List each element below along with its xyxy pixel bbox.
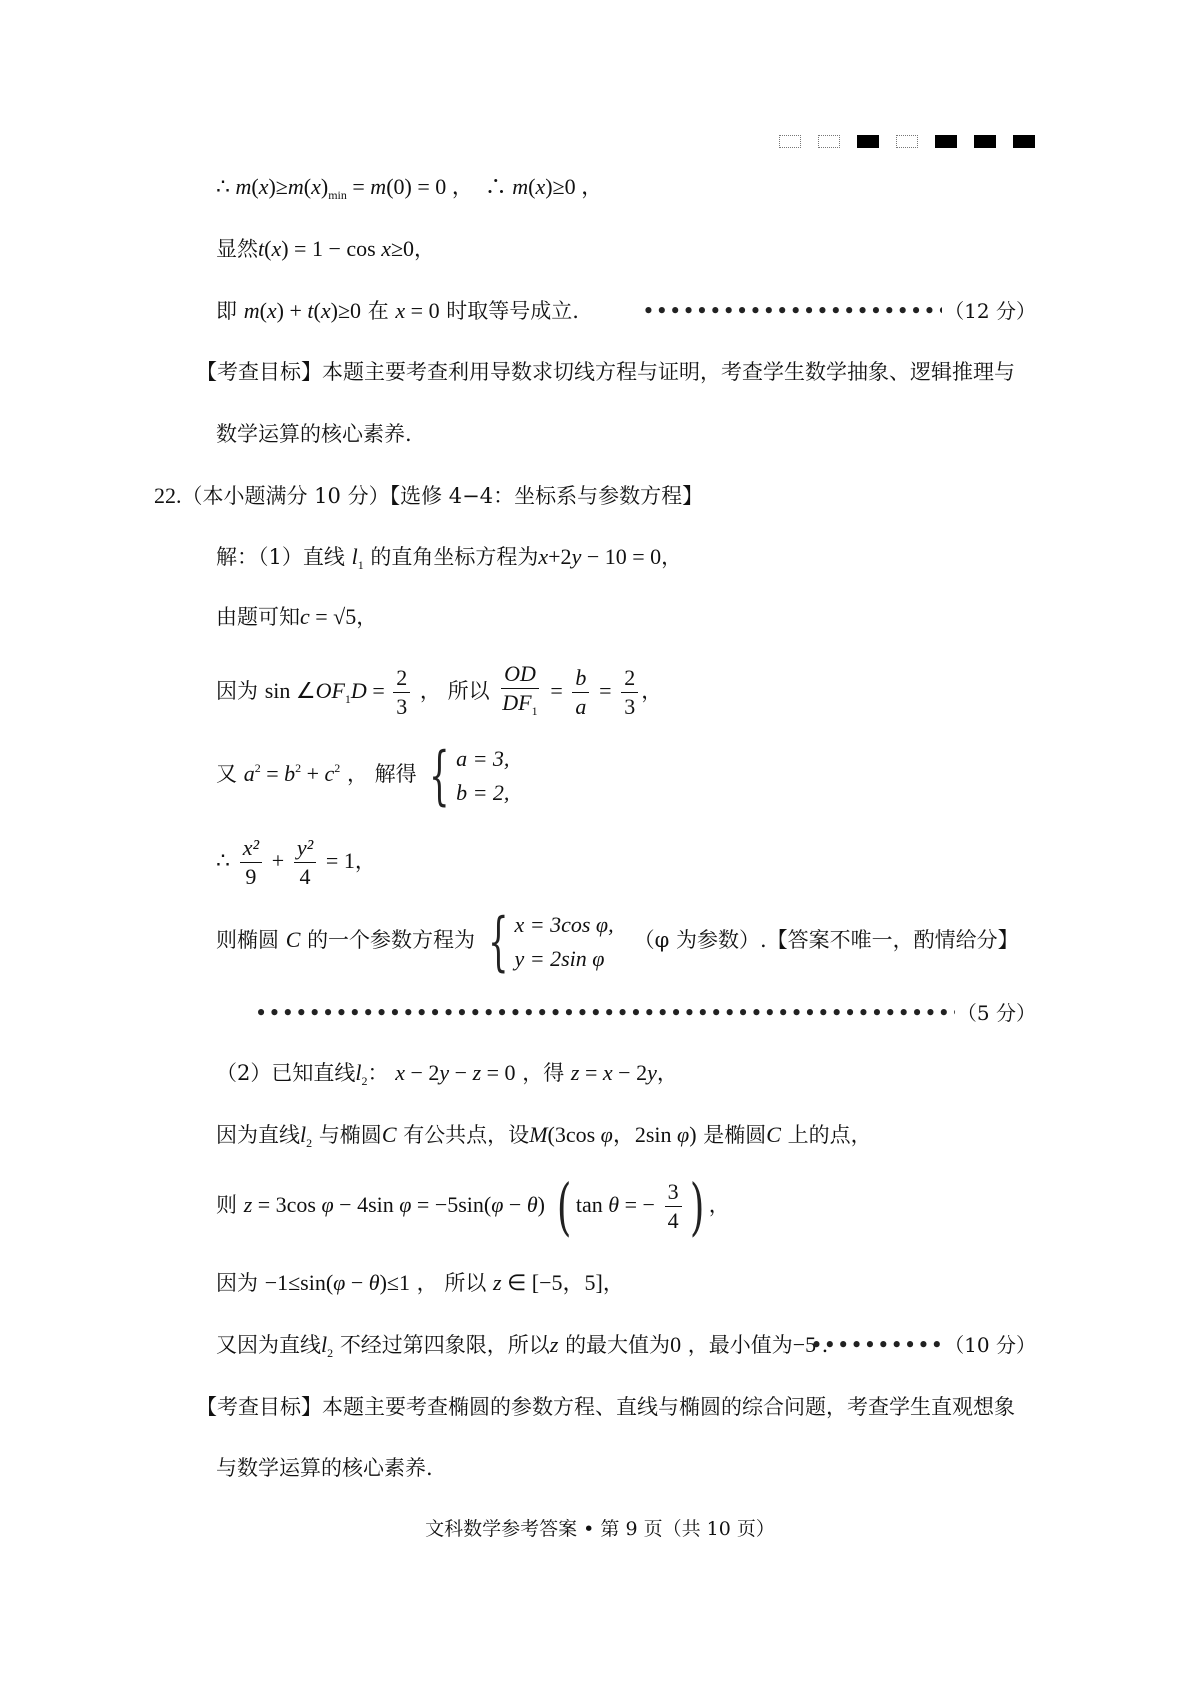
solution-step-z-expression: 则 z = 3cos φ − 4sin φ = −5sin(φ − θ) (ta… <box>216 1162 1036 1248</box>
marker-box-empty <box>896 135 918 148</box>
solution-step-2: （2）已知直线l2： x − 2y − z = 0 ，得 z = x − 2y， <box>216 1058 1036 1096</box>
text: （φ 为参数）. <box>634 928 767 952</box>
text: ， <box>355 849 376 873</box>
text: 显然 <box>216 237 258 261</box>
text: ： <box>368 1061 389 1085</box>
text: ， 所以 <box>417 1271 487 1295</box>
solution-step-sin: 因为 sin ∠OF1D = 23 ， 所以 ODDF1 = ba = 23， <box>216 648 1036 734</box>
page-footer: 文科数学参考答案 • 第 9 页（共 10 页） <box>0 1514 1200 1541</box>
question-title: （本小题满分 10 分）【选修 4−4：坐标系与参数方程】 <box>182 484 704 508</box>
text: ， <box>603 1271 624 1295</box>
text: ， <box>661 545 682 569</box>
text: 是椭圆 <box>703 1123 766 1147</box>
fraction: 34 <box>665 1178 682 1235</box>
text: 因为直线 <box>216 1123 300 1147</box>
question-22-header: 22.（本小题满分 10 分）【选修 4−4：坐标系与参数方程】 <box>154 481 1036 511</box>
solution-line-t: 显然t(x) = 1 − cos x≥0， <box>216 234 1036 264</box>
fraction: 23 <box>393 664 410 721</box>
solution-step-extrema: 又因为直线l2 不经过第四象限，所以z 的最大值为0 ，最小值为−5 . •••… <box>216 1330 1036 1368</box>
equation-system: { a = 3,b = 2, <box>423 742 509 810</box>
text: ， 所以 <box>420 679 490 703</box>
exam-objective-1: 【考查目标】本题主要考查利用导数求切线方程与证明，考查学生数学抽象、逻辑推理与 <box>196 357 1036 387</box>
text: 上的点， <box>788 1123 872 1147</box>
text: ， <box>657 1061 678 1085</box>
document-page: ∴ m(x)≥m(x)min = m(0) = 0 ， ∴ m(x)≥0 ， 显… <box>0 0 1200 1698</box>
grading-note: 【答案不唯一，酌情给分】 <box>767 928 1019 952</box>
text: 在 <box>368 299 389 323</box>
marker-box-empty <box>779 135 801 148</box>
solution-line-m-min: ∴ m(x)≥m(x)min = m(0) = 0 ， ∴ m(x)≥0 ， <box>216 172 1036 210</box>
marker-box-filled <box>974 135 996 148</box>
score-leader: •••••••••••••••••••••••••••• （10 分） <box>810 1330 1036 1360</box>
text: ， <box>709 1193 730 1217</box>
text: 又因为直线 <box>216 1333 321 1357</box>
fraction: 23 <box>621 664 638 721</box>
exam-objective-2: 【考查目标】本题主要考查椭圆的参数方程、直线与椭圆的综合问题，考查学生直观想象 <box>196 1392 1036 1422</box>
marker-box-filled <box>1013 135 1035 148</box>
text: 由题可知 <box>216 605 300 629</box>
parametric-equation: 则椭圆 C 的一个参数方程为 { x = 3cos φ,y = 2sin φ （… <box>216 900 1036 980</box>
fraction: x²9 <box>240 834 262 891</box>
score-label: （12 分） <box>944 296 1036 326</box>
text: ， <box>641 679 662 703</box>
text: 的最大值为 <box>565 1333 670 1357</box>
solution-line-conclusion: 即 m(x) + t(x)≥0 在 x = 0 时取等号成立. ••••••••… <box>216 296 1036 326</box>
text: 时取等号成立. <box>446 299 579 323</box>
text: 解：（1）直线 <box>216 545 345 569</box>
solution-step-point-m: 因为直线l2 与椭圆C 有公共点，设M(3cos φ，2sin φ) 是椭圆C … <box>216 1120 1036 1158</box>
text: 的直角坐标方程为 <box>370 545 538 569</box>
score-label: （10 分） <box>944 1330 1036 1360</box>
text: 不经过第四象限，所以 <box>340 1333 550 1357</box>
text: 则 <box>216 1193 237 1217</box>
text: ， <box>414 237 435 261</box>
text: （2）已知直线 <box>216 1061 355 1085</box>
marker-box-filled <box>857 135 879 148</box>
question-number: 22. <box>154 483 182 508</box>
solution-step-solve-ab: 又 a2 = b2 + c2 ， 解得 { a = 3,b = 2, <box>216 728 1036 808</box>
text: 则椭圆 <box>216 928 279 952</box>
text: ，得 <box>522 1061 564 1085</box>
fraction: y²4 <box>294 834 316 891</box>
marker-box-filled <box>935 135 957 148</box>
fraction: ba <box>572 664 589 721</box>
ellipse-equation: ∴ x²9 + y²4 = 1， <box>216 818 1036 904</box>
score-leader: ••••••••••••••••••••••••••••••••••••••••… <box>255 998 1036 1028</box>
text: 有公共点，设 <box>403 1123 529 1147</box>
text: 即 <box>216 299 237 323</box>
equation-system: { x = 3cos φ,y = 2sin φ <box>482 908 614 976</box>
text: 与椭圆 <box>319 1123 382 1147</box>
text: 因为 <box>216 679 258 703</box>
solution-step-c: 由题可知c = √5， <box>216 602 1036 632</box>
text: 又 <box>216 762 237 786</box>
text: ， <box>356 605 377 629</box>
marker-box-empty <box>818 135 840 148</box>
score-leader: ••••••••••••••••••••••••••••••••••••••••… <box>642 296 1036 326</box>
solution-step-1: 解：（1）直线 l1 的直角坐标方程为x+2y − 10 = 0， <box>216 542 1036 580</box>
text: ，最小值为 <box>688 1333 793 1357</box>
text: 因为 <box>216 1271 258 1295</box>
exam-objective-2-cont: 与数学运算的核心素养. <box>216 1453 1036 1483</box>
fraction: ODDF1 <box>499 660 540 725</box>
solution-step-range: 因为 −1≤sin(φ − θ)≤1 ， 所以 z ∈ [−5，5]， <box>216 1268 1036 1298</box>
page-marker-boxes <box>779 135 1035 148</box>
text: 的一个参数方程为 <box>307 928 475 952</box>
exam-objective-1-cont: 数学运算的核心素养. <box>216 419 1036 449</box>
score-label: （5 分） <box>957 998 1036 1028</box>
text: ， 解得 <box>347 762 417 786</box>
